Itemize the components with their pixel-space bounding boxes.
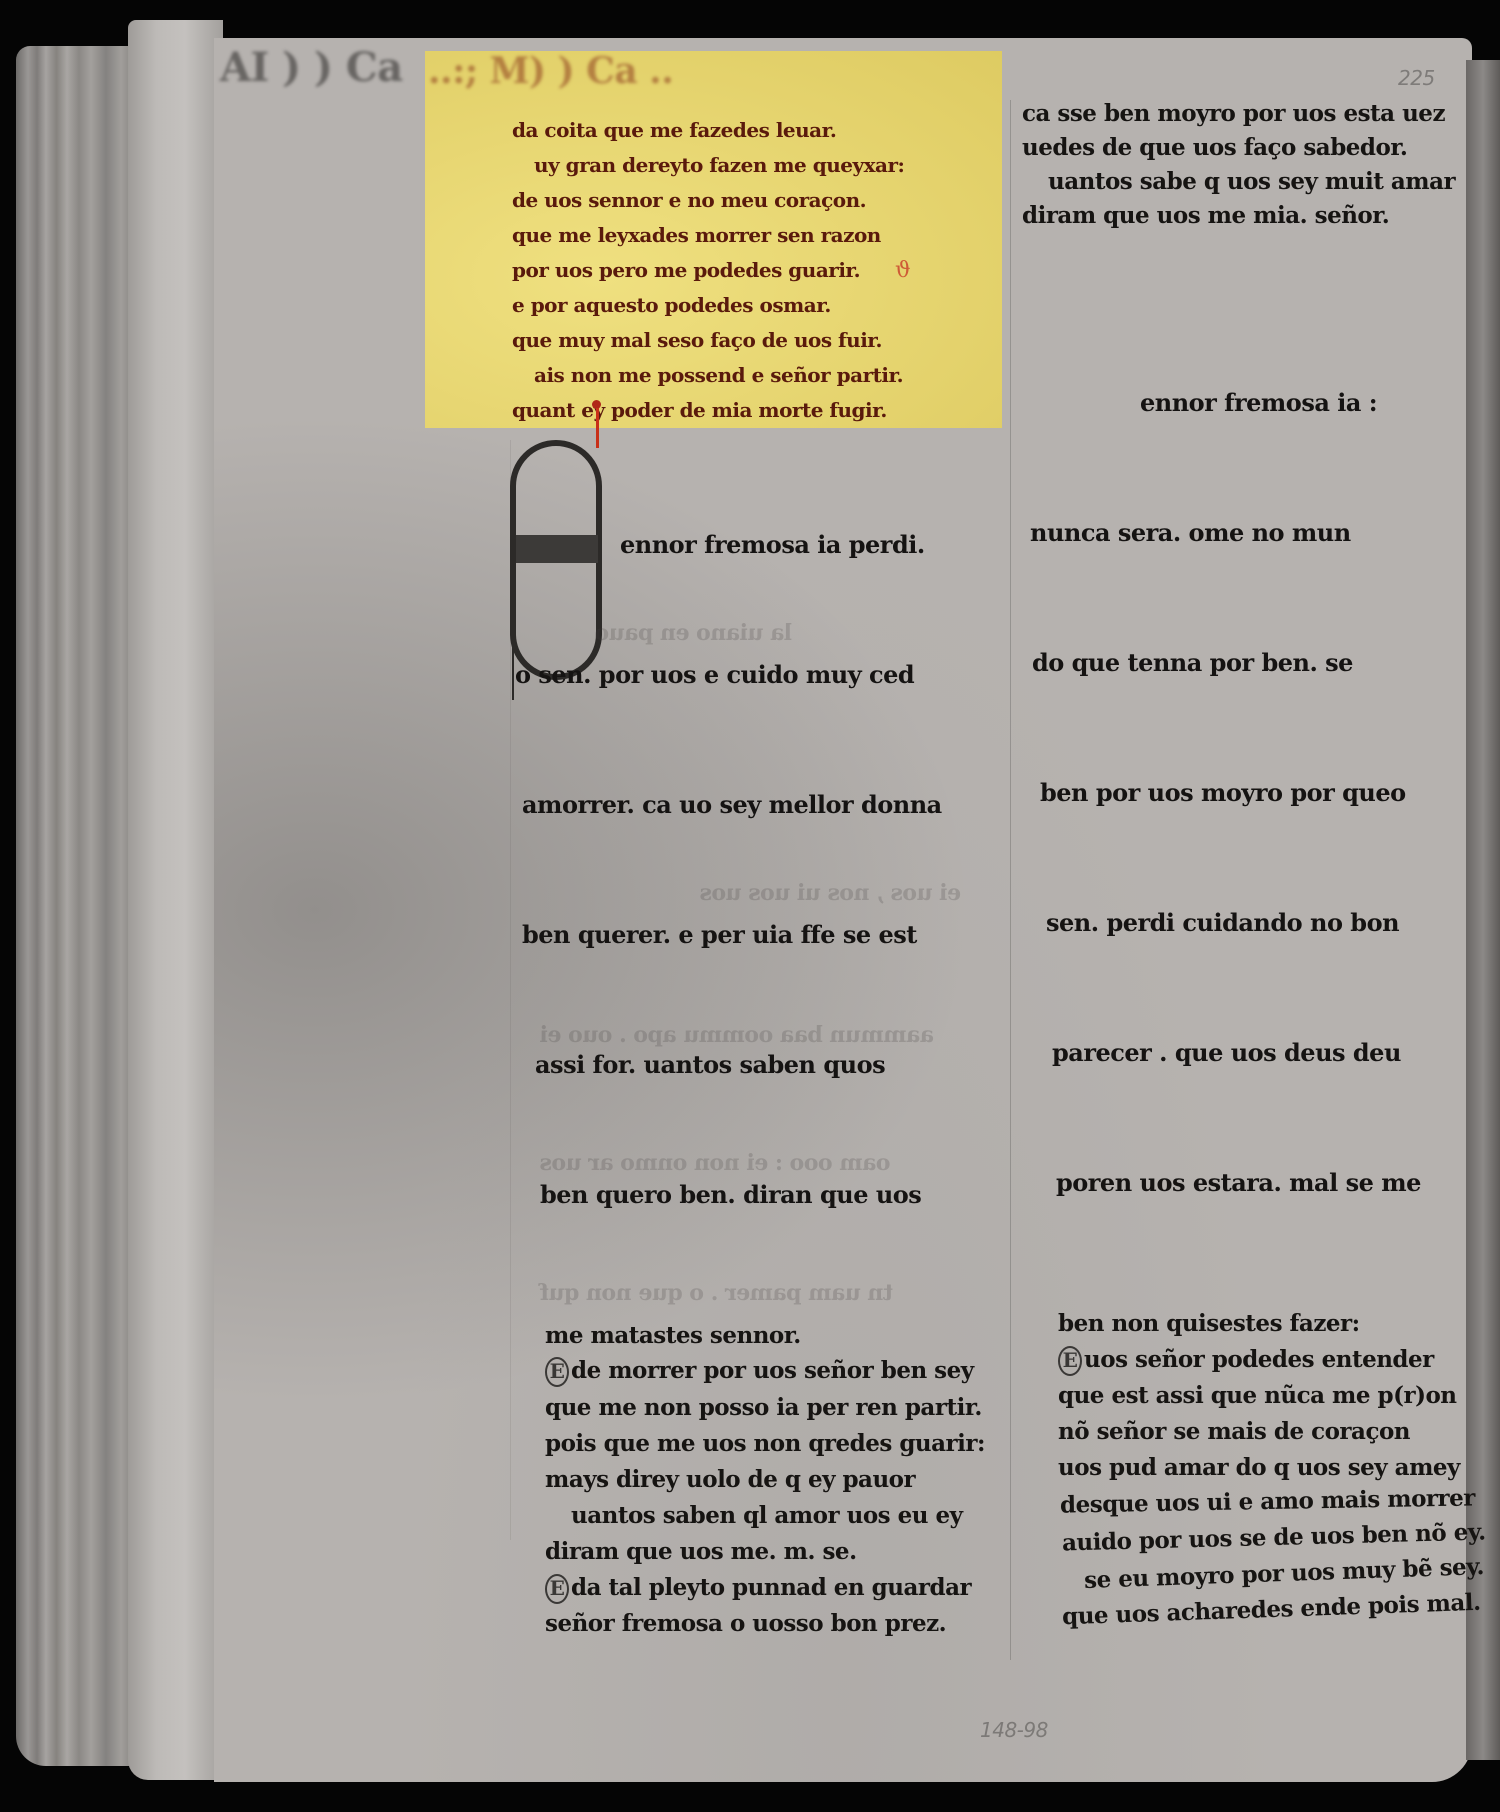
- highlighted-line: da coita que me fazedes leuar.: [512, 118, 836, 142]
- text-line: nõ señor se mais de coraçon: [1058, 1418, 1410, 1445]
- highlighted-line: e por aquesto podedes osmar.: [512, 293, 831, 317]
- decorated-initial-bar: [516, 535, 598, 563]
- highlighted-line: por uos pero me podedes guarir.: [512, 258, 860, 282]
- pencil-shelfmark-note: 148-98: [980, 1718, 1048, 1742]
- text-line: que me non posso ia per ren partir.: [545, 1394, 982, 1421]
- music-text-line: ben por uos moyro por queo: [1040, 778, 1406, 807]
- text-line: me matastes sennor.: [545, 1322, 801, 1349]
- text-line: mays direy uolo de q ey pauor: [545, 1466, 915, 1493]
- small-initial-e: E: [545, 1574, 569, 1604]
- right-column-heading: ennor fremosa ia :: [1140, 388, 1377, 417]
- text-line: pois que me uos non qredes guarir:: [545, 1430, 985, 1457]
- top-margin-bleed-red: ..:; M) ) Ca ..: [428, 50, 673, 92]
- highlighted-line: de uos sennor e no meu coraçon.: [512, 188, 866, 212]
- small-initial-e: E: [1058, 1346, 1082, 1376]
- text-line: ca sse ben moyro por uos esta uez: [1022, 100, 1445, 127]
- text-line: uedes de que uos faço sabedor.: [1022, 134, 1407, 161]
- text-line: señor fremosa o uosso bon prez.: [545, 1610, 946, 1637]
- show-through-text: tn uam pamer . o que non quf: [540, 1280, 893, 1306]
- highlighted-line: que me leyxades morrer sen razon: [512, 223, 881, 247]
- music-text-line: ennor fremosa ia perdi.: [620, 530, 925, 559]
- top-margin-bleed-dark: AI ) ) Ca: [220, 44, 403, 91]
- show-through-text: oam ooo : ei non onmo ar uos: [540, 1150, 891, 1176]
- music-text-line: parecer . que uos deus deu: [1052, 1038, 1401, 1067]
- text-line: Euos señor podedes entender: [1058, 1346, 1434, 1376]
- text-line: que est assi que nũca me p(r)on: [1058, 1382, 1457, 1409]
- highlighted-line: que muy mal seso faço de uos fuir.: [512, 328, 882, 352]
- music-text-line: sen. perdi cuidando no bon: [1046, 908, 1399, 937]
- music-text-line: ben querer. e per uia ffe se est: [522, 920, 917, 949]
- small-initial-e: E: [545, 1357, 569, 1387]
- music-text-line: amorrer. ca uo sey mellor donna: [522, 790, 942, 819]
- text-line: Ede morrer por uos señor ben sey: [545, 1357, 974, 1387]
- red-marginal-mark: ϑ: [895, 258, 911, 283]
- music-text-line: o sen. por uos e cuido muy ced: [515, 660, 914, 689]
- text-line: diram que uos me. m. se.: [545, 1538, 857, 1565]
- highlighted-line: uy gran dereyto fazen me queyxar:: [534, 153, 904, 177]
- text-line: ben non quisestes fazer:: [1058, 1310, 1360, 1337]
- text-line: uantos sabe q uos sey muit amar: [1048, 168, 1455, 195]
- folio-number: 225: [1398, 66, 1435, 90]
- decorated-initial-stem: [512, 540, 514, 700]
- music-text-line: do que tenna por ben. se: [1032, 648, 1353, 677]
- red-initial-stem: [596, 408, 599, 448]
- text-line: uantos saben ql amor uos eu ey: [571, 1502, 962, 1529]
- music-text-line: poren uos estara. mal se me: [1056, 1168, 1421, 1197]
- text-line: diram que uos me mia. señor.: [1022, 202, 1389, 229]
- show-through-text: aammun baa oommu apo . ouo ei: [540, 1022, 934, 1048]
- flyleaf-edge: [128, 20, 223, 1780]
- text-line: Eda tal pleyto punnad en guardar: [545, 1574, 971, 1604]
- column-ruling-line: [1010, 100, 1011, 1660]
- music-text-line: ben quero ben. diran que uos: [540, 1180, 921, 1209]
- highlighted-line: ais non me possend e señor partir.: [534, 363, 903, 387]
- show-through-text: la uiano en pauo: [595, 620, 792, 646]
- text-line: uos pud amar do q uos sey amey: [1058, 1454, 1460, 1481]
- show-through-text: ei uos , nos ui uos uos: [700, 880, 961, 906]
- music-text-line: nunca sera. ome no mun: [1030, 518, 1351, 547]
- highlighted-line: quant ey poder de mia morte fugir.: [512, 398, 887, 422]
- music-text-line: assi for. uantos saben quos: [535, 1050, 885, 1079]
